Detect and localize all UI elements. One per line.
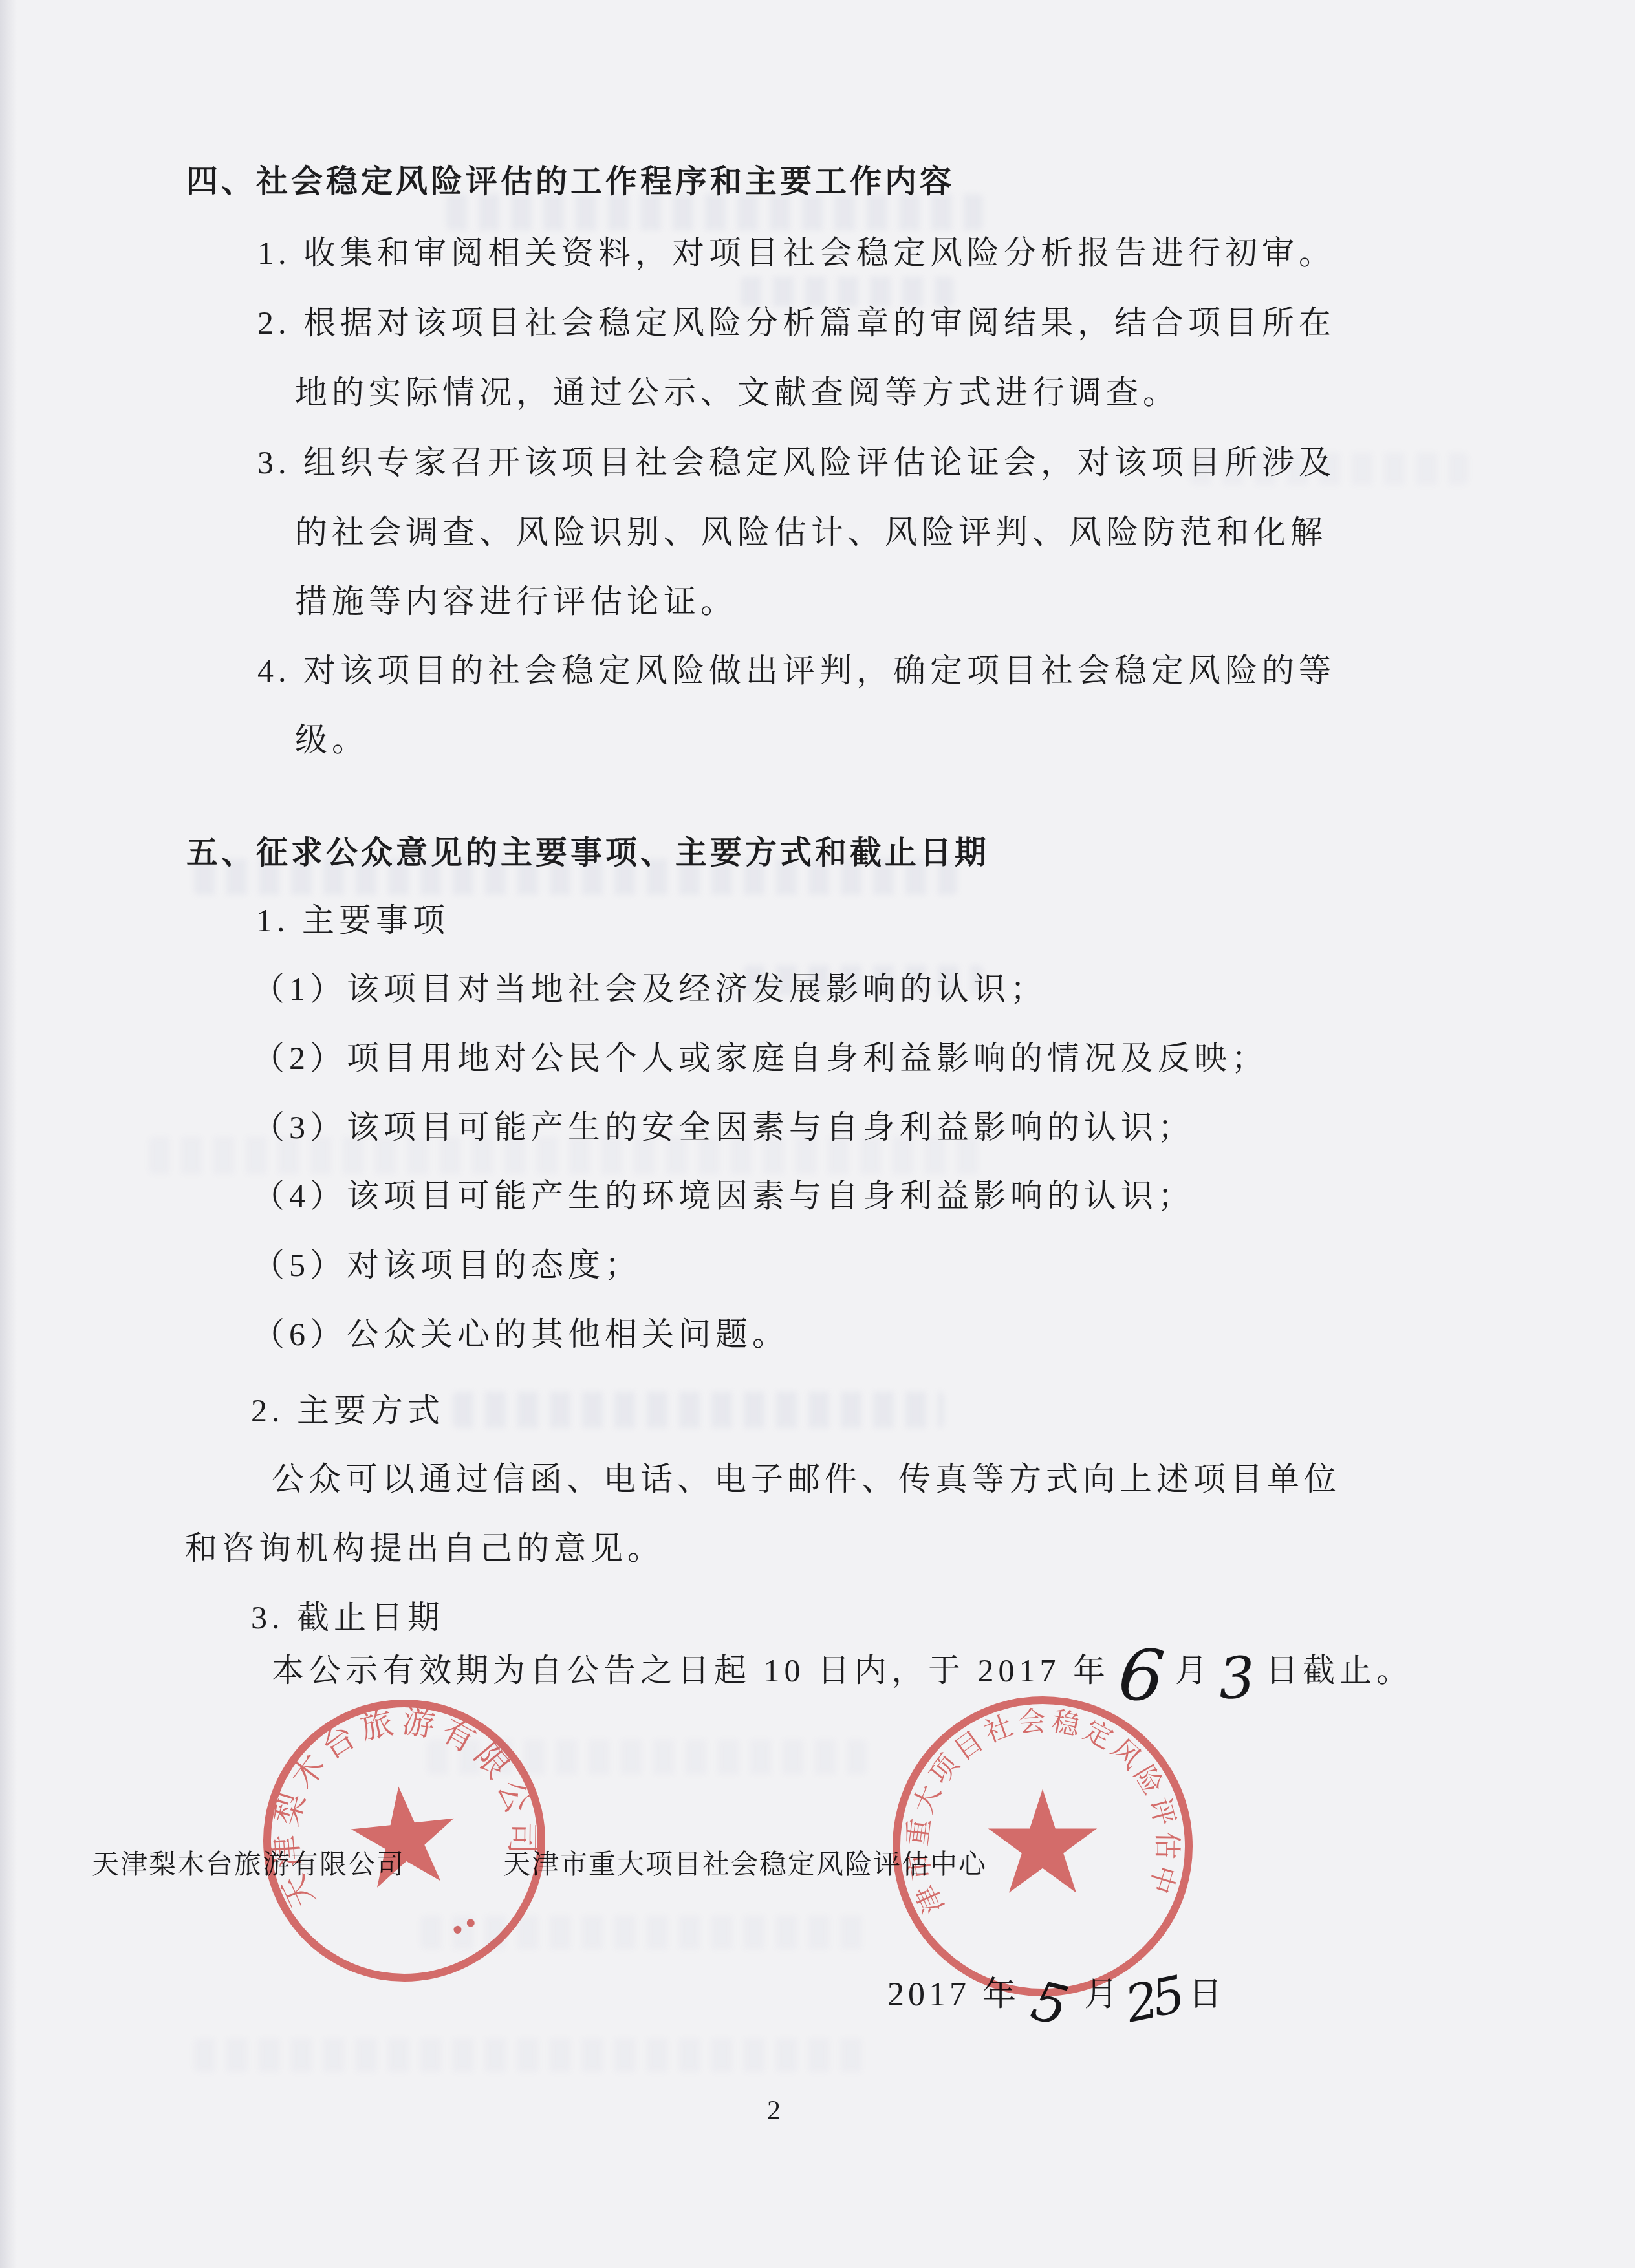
section4-item1-line1: 1. 收集和审阅相关资料，对项目社会稳定风险分析报告进行初审。 (257, 233, 1336, 274)
section5-sub1-title: 1. 主要事项 (256, 900, 449, 941)
section4-item3-line3: 措施等内容进行评估论证。 (295, 581, 737, 622)
section4-item3-line1: 3. 组织专家召开该项目社会稳定风险评估论证会，对该项目所涉及 (257, 442, 1336, 483)
deadline-prefix: 本公示有效期为自公告之日起 10 日内，于 2017 年 (272, 1652, 1110, 1689)
seal-dot (453, 1925, 462, 1934)
section-5-heading: 五、征求公众意见的主要事项、主要方式和截止日期 (186, 833, 990, 872)
section5-sub3-title: 3. 截止日期 (251, 1597, 444, 1638)
section4-item4-line2: 级。 (295, 720, 369, 761)
matter-item-6: （6）公众关心的其他相关问题。 (252, 1314, 789, 1355)
handwritten-month-digit: 6 (1119, 1673, 1169, 1678)
matter-item-5: （5）对该项目的态度； (252, 1245, 642, 1286)
section5-sub2-title: 2. 主要方式 (251, 1390, 444, 1431)
company-seal-left: 天津梨木台旅游有限公司 (249, 1685, 559, 1996)
page-number: 2 (767, 2094, 781, 2128)
method-line2: 和咨询机构提出自己的意见。 (185, 1528, 664, 1569)
deadline-month-unit: 月 (1175, 1652, 1212, 1689)
section4-item2-line1: 2. 根据对该项目社会稳定风险分析篇章的审阅结果，结合项目所在 (257, 303, 1336, 343)
seal-dot (466, 1918, 475, 1927)
section4-item3-line2: 的社会调查、风险识别、风险估计、风险评判、风险防范和化解 (295, 512, 1327, 553)
matter-item-4: （4）该项目可能产生的环境因素与自身利益影响的认识； (252, 1176, 1195, 1216)
deadline-suffix: 日截止。 (1266, 1652, 1413, 1689)
matter-item-2: （2）项目用地对公民个人或家庭自身利益影响的情况及反映； (252, 1038, 1268, 1079)
handwritten-day-digit: 3 (1218, 1677, 1259, 1679)
star-icon (347, 1781, 460, 1890)
matter-item-1: （1）该项目对当地社会及经济发展影响的认识； (252, 969, 1047, 1010)
section4-item2-line2: 地的实际情况，通过公示、文献查阅等方式进行调查。 (295, 373, 1180, 413)
bleed-through-text (453, 1392, 944, 1428)
matter-item-3: （3）该项目可能产生的安全因素与自身利益影响的认识； (252, 1107, 1195, 1148)
section4-item4-line1: 4. 对该项目的社会稳定风险做出评判，确定项目社会稳定风险的等 (257, 651, 1336, 691)
assessment-center-seal-right: 天津市重大项目社会稳定风险评估中心 (881, 1685, 1204, 2008)
bleed-through-text (194, 2038, 873, 2072)
star-icon (988, 1789, 1097, 1893)
method-line1: 公众可以通过信函、电话、电子邮件、传真等方式向上述项目单位 (272, 1459, 1341, 1500)
section-4-heading: 四、社会稳定风险评估的工作程序和主要工作内容 (186, 162, 955, 201)
scanned-document-page: 四、社会稳定风险评估的工作程序和主要工作内容 1. 收集和审阅相关资料，对项目社… (0, 0, 1635, 2268)
